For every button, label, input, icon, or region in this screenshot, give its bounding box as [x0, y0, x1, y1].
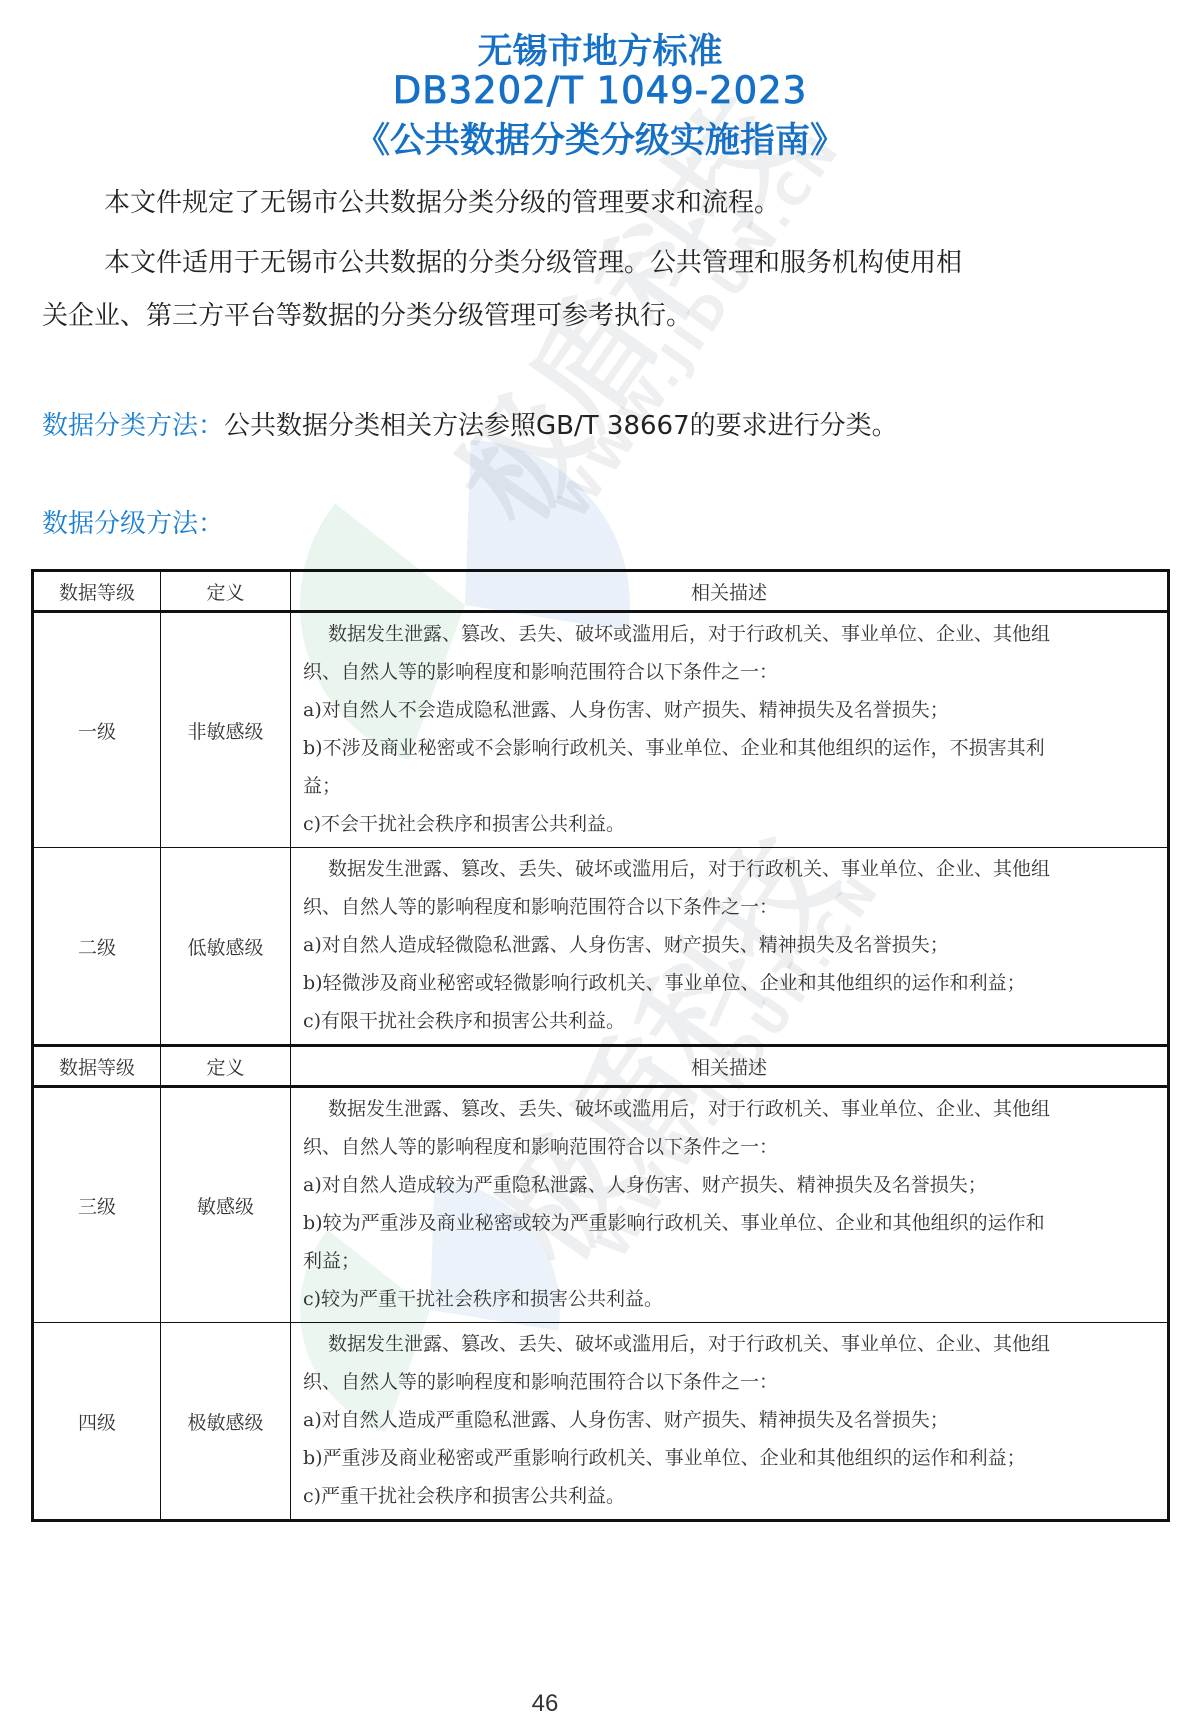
cell-definition: 低敏感级	[161, 848, 291, 1046]
table-row: 一级 非敏感级 数据发生泄露、篡改、丢失、破坏或滥用后，对于行政机关、事业单位、…	[33, 612, 1169, 848]
cell-description: 数据发生泄露、篡改、丢失、破坏或滥用后，对于行政机关、事业单位、企业、其他组 织…	[291, 848, 1169, 1046]
classification-method-label: 数据分类方法：	[42, 411, 224, 441]
desc-line: 织、自然人等的影响程度和影响范围符合以下条件之一：	[303, 888, 1155, 926]
table-header-row-repeat: 数据等级 定义 相关描述	[33, 1046, 1169, 1087]
cell-level: 二级	[33, 848, 161, 1046]
doc-title-name: 《公共数据分类分级实施指南》	[0, 113, 1200, 163]
desc-line: 织、自然人等的影响程度和影响范围符合以下条件之一：	[303, 653, 1155, 691]
desc-line: a)对自然人不会造成隐私泄露、人身伤害、财产损失、精神损失及名誉损失；	[303, 691, 1155, 729]
data-grading-table: 数据等级 定义 相关描述 一级 非敏感级 数据发生泄露、篡改、丢失、破坏或滥用后…	[31, 569, 1170, 1522]
classification-method: 数据分类方法：公共数据分类相关方法参照GB/T 38667的要求进行分类。	[42, 413, 898, 439]
intro-paragraph-applicability: 本文件适用于无锡市公共数据的分类分级管理。公共管理和服务机构使用相	[104, 250, 962, 276]
desc-line: 数据发生泄露、篡改、丢失、破坏或滥用后，对于行政机关、事业单位、企业、其他组	[303, 615, 1155, 653]
desc-line: c)较为严重干扰社会秩序和损害公共利益。	[303, 1280, 1155, 1318]
desc-line: 织、自然人等的影响程度和影响范围符合以下条件之一：	[303, 1128, 1155, 1166]
table-row: 二级 低敏感级 数据发生泄露、篡改、丢失、破坏或滥用后，对于行政机关、事业单位、…	[33, 848, 1169, 1046]
desc-line: b)较为严重涉及商业秘密或较为严重影响行政机关、事业单位、企业和其他组织的运作和	[303, 1204, 1155, 1242]
header-definition: 定义	[161, 571, 291, 612]
desc-line: b)不涉及商业秘密或不会影响行政机关、事业单位、企业和其他组织的运作，不损害其利	[303, 729, 1155, 767]
doc-title-line1: 无锡市地方标准	[0, 24, 1200, 74]
desc-line: 益；	[303, 767, 1155, 805]
cell-description: 数据发生泄露、篡改、丢失、破坏或滥用后，对于行政机关、事业单位、企业、其他组 织…	[291, 1323, 1169, 1521]
table-header-row: 数据等级 定义 相关描述	[33, 571, 1169, 612]
desc-line: 数据发生泄露、篡改、丢失、破坏或滥用后，对于行政机关、事业单位、企业、其他组	[303, 1090, 1155, 1128]
cell-level: 四级	[33, 1323, 161, 1521]
cell-definition: 敏感级	[161, 1087, 291, 1323]
cell-description: 数据发生泄露、篡改、丢失、破坏或滥用后，对于行政机关、事业单位、企业、其他组 织…	[291, 1087, 1169, 1323]
header-description: 相关描述	[291, 571, 1169, 612]
doc-standard-number: DB3202/T 1049-2023	[0, 69, 1200, 112]
desc-line: a)对自然人造成轻微隐私泄露、人身伤害、财产损失、精神损失及名誉损失；	[303, 926, 1155, 964]
cell-description: 数据发生泄露、篡改、丢失、破坏或滥用后，对于行政机关、事业单位、企业、其他组 织…	[291, 612, 1169, 848]
classification-method-text: 公共数据分类相关方法参照GB/T 38667的要求进行分类。	[224, 411, 898, 441]
desc-line: b)轻微涉及商业秘密或轻微影响行政机关、事业单位、企业和其他组织的运作和利益；	[303, 964, 1155, 1002]
desc-line: a)对自然人造成严重隐私泄露、人身伤害、财产损失、精神损失及名誉损失；	[303, 1401, 1155, 1439]
desc-line: b)严重涉及商业秘密或严重影响行政机关、事业单位、企业和其他组织的运作和利益；	[303, 1439, 1155, 1477]
header-definition: 定义	[161, 1046, 291, 1087]
table-row: 四级 极敏感级 数据发生泄露、篡改、丢失、破坏或滥用后，对于行政机关、事业单位、…	[33, 1323, 1169, 1521]
cell-definition: 非敏感级	[161, 612, 291, 848]
desc-line: a)对自然人造成较为严重隐私泄露、人身伤害、财产损失、精神损失及名誉损失；	[303, 1166, 1155, 1204]
table-row: 三级 敏感级 数据发生泄露、篡改、丢失、破坏或滥用后，对于行政机关、事业单位、企…	[33, 1087, 1169, 1323]
desc-line: 数据发生泄露、篡改、丢失、破坏或滥用后，对于行政机关、事业单位、企业、其他组	[303, 850, 1155, 888]
grading-method-label: 数据分级方法：	[42, 511, 224, 537]
desc-line: 利益；	[303, 1242, 1155, 1280]
page-number: 46	[0, 1690, 1090, 1718]
header-level: 数据等级	[33, 571, 161, 612]
desc-line: c)有限干扰社会秩序和损害公共利益。	[303, 1002, 1155, 1040]
desc-line: c)不会干扰社会秩序和损害公共利益。	[303, 805, 1155, 843]
header-description: 相关描述	[291, 1046, 1169, 1087]
cell-definition: 极敏感级	[161, 1323, 291, 1521]
desc-line: c)严重干扰社会秩序和损害公共利益。	[303, 1477, 1155, 1515]
intro-paragraph-scope: 本文件规定了无锡市公共数据分类分级的管理要求和流程。	[104, 190, 780, 216]
desc-line: 数据发生泄露、篡改、丢失、破坏或滥用后，对于行政机关、事业单位、企业、其他组	[303, 1325, 1155, 1363]
cell-level: 一级	[33, 612, 161, 848]
intro-paragraph-applicability-cont: 关企业、第三方平台等数据的分类分级管理可参考执行。	[42, 303, 692, 329]
header-level: 数据等级	[33, 1046, 161, 1087]
cell-level: 三级	[33, 1087, 161, 1323]
desc-line: 织、自然人等的影响程度和影响范围符合以下条件之一：	[303, 1363, 1155, 1401]
